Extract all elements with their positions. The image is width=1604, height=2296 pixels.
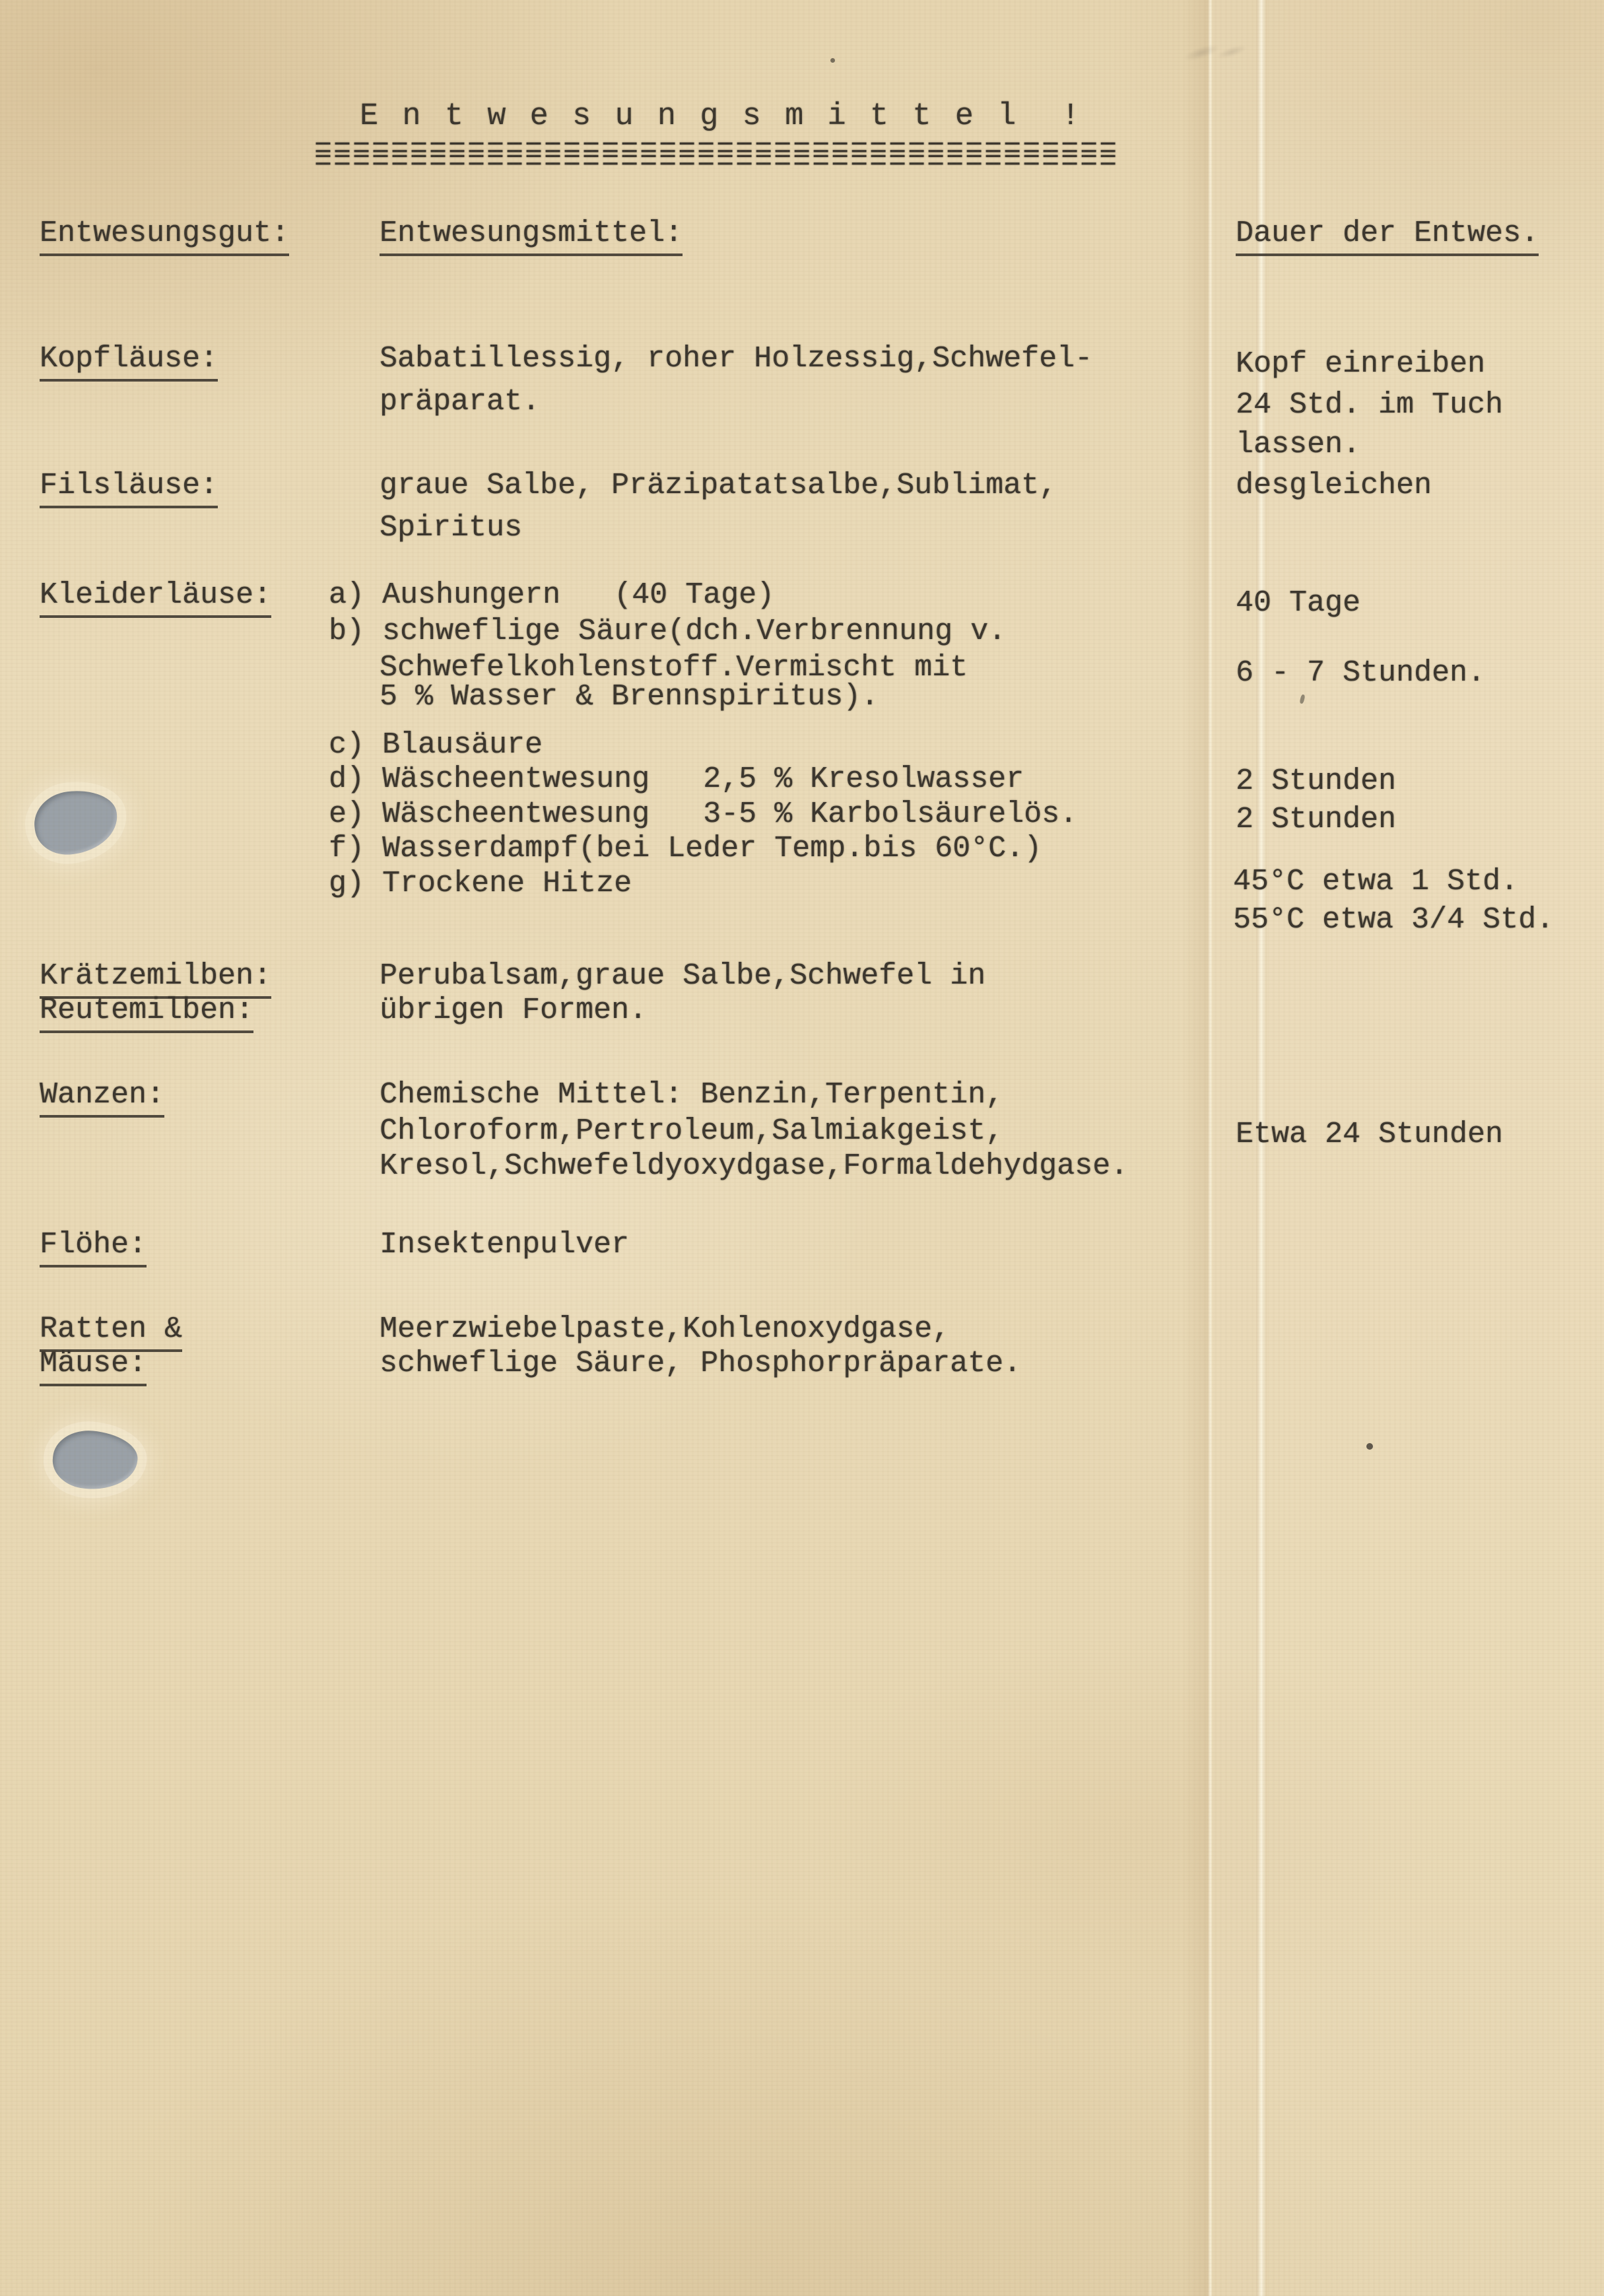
agent-line: Insektenpulver xyxy=(380,1229,629,1260)
row-label-wanzen: Wanzen: xyxy=(40,1079,164,1118)
agent-line: Meerzwiebelpaste,Kohlenoxydgase, xyxy=(380,1314,950,1345)
document-title: E n t w e s u n g s m i t t e l ! xyxy=(360,99,1083,134)
scanned-document-page: E n t w e s u n g s m i t t e l ! ======… xyxy=(0,0,1604,2296)
agent-line: Perubalsam,graue Salbe,Schwefel in xyxy=(380,961,986,992)
duration-line: Etwa 24 Stunden xyxy=(1236,1119,1503,1150)
agent-line: übrigen Formen. xyxy=(380,995,647,1026)
row-label-floehe: Flöhe: xyxy=(40,1229,147,1267)
row-label-reutemilben: Reutemilben: xyxy=(40,995,253,1033)
agent-line: c) Blausäure xyxy=(329,729,543,760)
agent-line: Spiritus xyxy=(380,512,522,543)
duration-line: 2 Stunden xyxy=(1236,766,1396,797)
column-header-entwesungsgut: Entwesungsgut: xyxy=(40,218,289,256)
row-label-kleiderlaeuse: Kleiderläuse: xyxy=(40,580,271,618)
agent-line: a) Aushungern (40 Tage) xyxy=(329,580,774,611)
duration-line: lassen. xyxy=(1236,429,1360,460)
agent-line: f) Wasserdampf(bei Leder Temp.bis 60°C.) xyxy=(329,833,1042,864)
duration-line: 55°C etwa 3/4 Std. xyxy=(1233,904,1554,935)
fold-crease-left xyxy=(1208,0,1213,2296)
agent-line: Schwefelkohlenstoff.Vermischt mit xyxy=(380,652,968,683)
ink-speck xyxy=(1299,694,1305,704)
agent-line: b) schweflige Säure(dch.Verbrennung v. xyxy=(329,616,1006,647)
duration-line: Kopf einreiben xyxy=(1236,349,1485,380)
agent-line: d) Wäscheentwesung 2,5 % Kresolwasser xyxy=(329,764,1024,795)
agent-line: Chloroform,Pertroleum,Salmiakgeist, xyxy=(380,1116,1003,1147)
ink-speck xyxy=(830,58,835,63)
column-header-dauer: Dauer der Entwes. xyxy=(1236,218,1539,256)
agent-line: Chemische Mittel: Benzin,Terpentin, xyxy=(380,1079,1003,1110)
punch-hole-bottom xyxy=(50,1428,139,1493)
duration-line: desgleichen xyxy=(1236,470,1432,501)
punch-hole-top xyxy=(31,786,121,859)
title-underline-second: ========================================… xyxy=(314,147,1118,177)
agent-line: Sabatillessig, roher Holzessig,Schwefel- xyxy=(380,343,1092,374)
duration-line: 2 Stunden xyxy=(1236,804,1396,835)
agent-line: g) Trockene Hitze xyxy=(329,868,632,899)
pencil-smudge xyxy=(1177,24,1257,79)
duration-line: 45°C etwa 1 Std. xyxy=(1233,866,1518,897)
agent-line: Kresol,Schwefeldyoxydgase,Formaldehydgas… xyxy=(380,1151,1128,1182)
fold-crease-shadow xyxy=(1182,0,1211,2296)
row-label-maeuse: Mäuse: xyxy=(40,1348,147,1386)
agent-line: 5 % Wasser & Brennspiritus). xyxy=(380,681,879,712)
ink-speck xyxy=(1366,1443,1373,1450)
agent-line: präparat. xyxy=(380,386,540,417)
agent-line: graue Salbe, Präzipatatsalbe,Sublimat, xyxy=(380,470,1057,501)
duration-line: 6 - 7 Stunden. xyxy=(1236,658,1485,689)
agent-line: e) Wäscheentwesung 3-5 % Karbolsäurelös. xyxy=(329,799,1077,830)
column-header-entwesungsmittel: Entwesungsmittel: xyxy=(380,218,683,256)
row-label-kopflaeuse: Kopfläuse: xyxy=(40,343,218,382)
row-label-filslaeuse: Filsläuse: xyxy=(40,470,218,508)
duration-line: 40 Tage xyxy=(1236,588,1360,619)
duration-line: 24 Std. im Tuch xyxy=(1236,389,1503,421)
agent-line: schweflige Säure, Phosphorpräparate. xyxy=(380,1348,1021,1379)
